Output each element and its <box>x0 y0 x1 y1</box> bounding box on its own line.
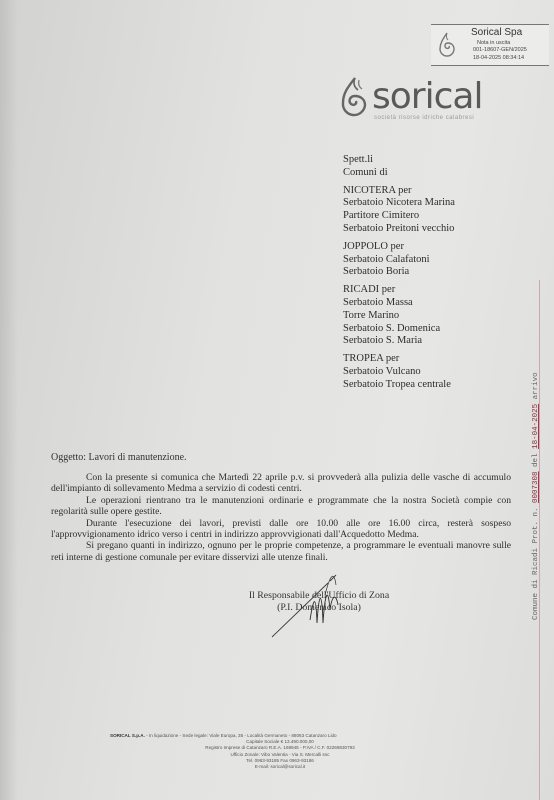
addressee-intro: Comuni di <box>343 167 455 180</box>
protocol-date: 18-04-2025 <box>532 404 540 449</box>
body-paragraph: Con la presente si comunica che Martedì … <box>51 472 511 495</box>
addressee-intro: Spett.li <box>343 154 455 167</box>
sorical-drop-icon <box>437 31 457 59</box>
letter-page: Sorical Spa Nota in uscita 001-18607-GEN… <box>0 0 554 800</box>
side-protocol-stamp: Comune di Ricadi Prot. n. 0007308 del 18… <box>532 372 540 620</box>
group-item: Serbatoio Preitoni vecchio <box>343 223 455 236</box>
group-title: JOPPOLO per <box>343 241 455 254</box>
stamp-datetime: 18-04-2025 08:34:14 <box>473 55 524 61</box>
group-item: Serbatoio Tropea centrale <box>343 379 455 392</box>
stamp-number: 001-18607-GEN/2025 <box>473 47 527 53</box>
body-paragraph: Le operazioni rientrano tra le manutenzi… <box>51 495 511 518</box>
letter-subject: Oggetto: Lavori di manutenzione. <box>51 452 187 463</box>
group-item: Partitore Cimitero <box>343 210 455 223</box>
addressee-group-tropea: TROPEA per Serbatoio Vulcano Serbatoio T… <box>343 353 455 391</box>
group-item: Serbatoio S. Maria <box>343 335 455 348</box>
body-paragraph: Si pregano quanti in indirizzo, ognuno p… <box>51 540 511 563</box>
stamp-type: Nota in uscita <box>477 40 510 46</box>
group-title: TROPEA per <box>343 353 455 366</box>
signatory-name: (P.I. Domenico Isola) <box>244 602 394 614</box>
sorical-logo: sorical società risorse idriche calabres… <box>338 75 498 125</box>
footer-address: - In liquidazione - Sede legale: Viale E… <box>145 733 337 738</box>
brand-tagline: società risorse idriche calabresi <box>374 115 474 121</box>
group-item: Serbatoio Nicotera Marina <box>343 197 455 210</box>
addressee-group-joppolo: JOPPOLO per Serbatoio Calafatoni Serbato… <box>343 241 455 279</box>
group-item: Serbatoio S. Domenica <box>343 323 455 336</box>
signatory-role: Il Responsabile dell'Ufficio di Zona <box>244 590 394 602</box>
group-item: Torre Marino <box>343 310 455 323</box>
sorical-swirl-icon <box>338 75 370 121</box>
group-item: Serbatoio Boria <box>343 266 455 279</box>
group-title: RICADI per <box>343 284 455 297</box>
footer-company: SORICAL S.p.A. <box>110 733 145 738</box>
group-item: Serbatoio Vulcano <box>343 366 455 379</box>
stamp-company: Sorical Spa <box>471 27 522 38</box>
group-title: NICOTERA per <box>343 185 455 198</box>
protocol-stamp: Sorical Spa Nota in uscita 001-18607-GEN… <box>431 24 549 66</box>
footer-email: E-mail: sorical@sorical.it <box>110 764 450 770</box>
addressee-group-nicotera: NICOTERA per Serbatoio Nicotera Marina P… <box>343 185 455 236</box>
protocol-number: 0007308 <box>532 471 540 503</box>
addressees: Spett.li Comuni di NICOTERA per Serbatoi… <box>343 154 455 397</box>
letter-body: Con la presente si comunica che Martedì … <box>51 472 511 563</box>
group-item: Serbatoio Calafatoni <box>343 254 455 267</box>
group-item: Serbatoio Massa <box>343 297 455 310</box>
body-paragraph: Durante l'esecuzione dei lavori, previst… <box>51 518 511 541</box>
letter-footer: SORICAL S.p.A. - In liquidazione - Sede … <box>110 733 450 770</box>
brand-name: sorical <box>372 77 482 117</box>
addressee-group-ricadi: RICADI per Serbatoio Massa Torre Marino … <box>343 284 455 348</box>
signature-block: Il Responsabile dell'Ufficio di Zona (P.… <box>244 590 394 613</box>
